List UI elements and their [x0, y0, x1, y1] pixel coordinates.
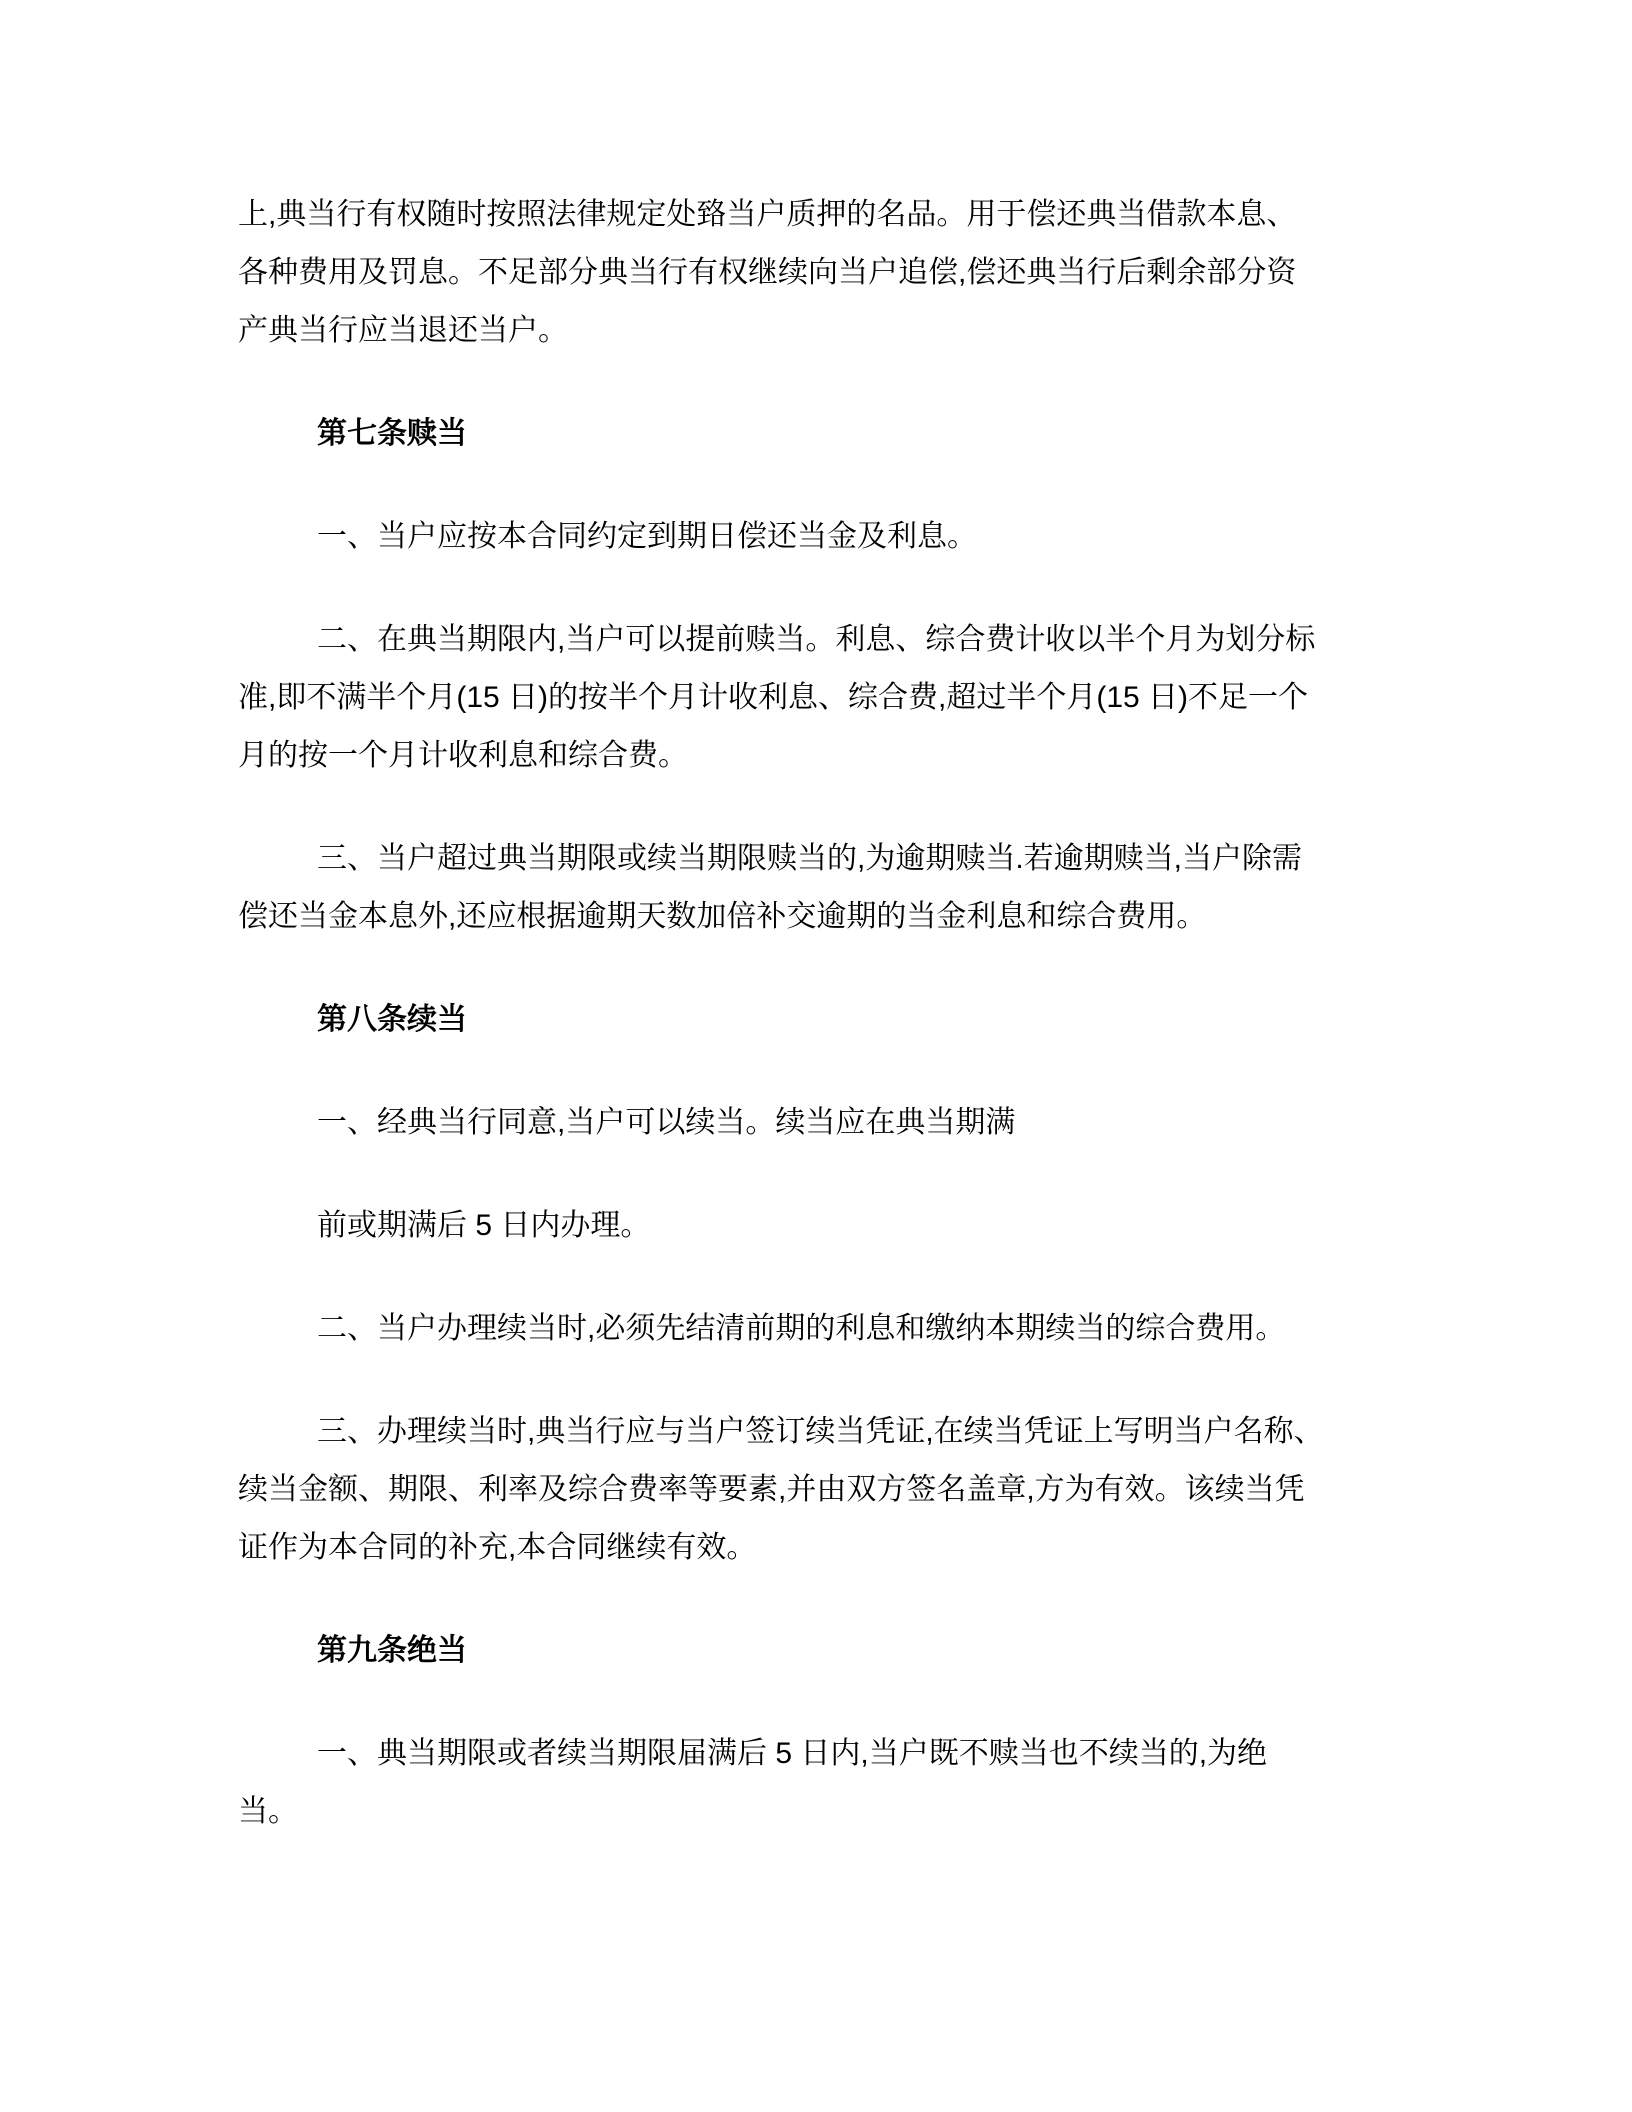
text-line: 二、当户办理续当时,必须先结清前期的利息和缴纳本期续当的综合费用。 — [238, 1300, 1448, 1358]
paragraph: 二、当户办理续当时,必须先结清前期的利息和缴纳本期续当的综合费用。 — [238, 1300, 1448, 1358]
text-line: 第九条绝当 — [238, 1622, 1448, 1680]
section-heading: 第七条赎当 — [238, 405, 1448, 463]
paragraph: 上,典当行有权随时按照法律规定处臵当户质押的名品。用于偿还典当借款本息、各种费用… — [238, 186, 1448, 360]
document-page: 上,典当行有权随时按照法律规定处臵当户质押的名品。用于偿还典当借款本息、各种费用… — [0, 0, 1632, 2112]
text-line: 一、经典当行同意,当户可以续当。续当应在典当期满 — [238, 1094, 1448, 1152]
text-line: 三、办理续当时,典当行应与当户签订续当凭证,在续当凭证上写明当户名称、 — [238, 1403, 1448, 1461]
text-line: 当。 — [238, 1783, 1448, 1841]
text-line: 前或期满后 5 日内办理。 — [238, 1197, 1448, 1255]
text-line: 第八条续当 — [238, 991, 1448, 1049]
text-line: 各种费用及罚息。不足部分典当行有权继续向当户追偿,偿还典当行后剩余部分资 — [238, 244, 1448, 302]
text-line: 产典当行应当退还当户。 — [238, 302, 1448, 360]
paragraph: 一、当户应按本合同约定到期日偿还当金及利息。 — [238, 508, 1448, 566]
section-heading: 第八条续当 — [238, 991, 1448, 1049]
text-line: 上,典当行有权随时按照法律规定处臵当户质押的名品。用于偿还典当借款本息、 — [238, 186, 1448, 244]
text-line: 月的按一个月计收利息和综合费。 — [238, 727, 1448, 785]
text-line: 第七条赎当 — [238, 405, 1448, 463]
paragraph: 一、典当期限或者续当期限届满后 5 日内,当户既不赎当也不续当的,为绝当。 — [238, 1725, 1448, 1841]
paragraph: 二、在典当期限内,当户可以提前赎当。利息、综合费计收以半个月为划分标准,即不满半… — [238, 611, 1448, 785]
text-line: 一、典当期限或者续当期限届满后 5 日内,当户既不赎当也不续当的,为绝 — [238, 1725, 1448, 1783]
text-line: 续当金额、期限、利率及综合费率等要素,并由双方签名盖章,方为有效。该续当凭 — [238, 1461, 1448, 1519]
text-line: 一、当户应按本合同约定到期日偿还当金及利息。 — [238, 508, 1448, 566]
text-line: 准,即不满半个月(15 日)的按半个月计收利息、综合费,超过半个月(15 日)不… — [238, 669, 1448, 727]
paragraph: 三、当户超过典当期限或续当期限赎当的,为逾期赎当.若逾期赎当,当户除需偿还当金本… — [238, 830, 1448, 946]
text-line: 三、当户超过典当期限或续当期限赎当的,为逾期赎当.若逾期赎当,当户除需 — [238, 830, 1448, 888]
paragraph: 三、办理续当时,典当行应与当户签订续当凭证,在续当凭证上写明当户名称、续当金额、… — [238, 1403, 1448, 1577]
contract-text-block: 上,典当行有权随时按照法律规定处臵当户质押的名品。用于偿还典当借款本息、各种费用… — [238, 186, 1448, 1886]
text-line: 二、在典当期限内,当户可以提前赎当。利息、综合费计收以半个月为划分标 — [238, 611, 1448, 669]
paragraph: 前或期满后 5 日内办理。 — [238, 1197, 1448, 1255]
text-line: 证作为本合同的补充,本合同继续有效。 — [238, 1519, 1448, 1577]
paragraph: 一、经典当行同意,当户可以续当。续当应在典当期满 — [238, 1094, 1448, 1152]
section-heading: 第九条绝当 — [238, 1622, 1448, 1680]
text-line: 偿还当金本息外,还应根据逾期天数加倍补交逾期的当金利息和综合费用。 — [238, 888, 1448, 946]
